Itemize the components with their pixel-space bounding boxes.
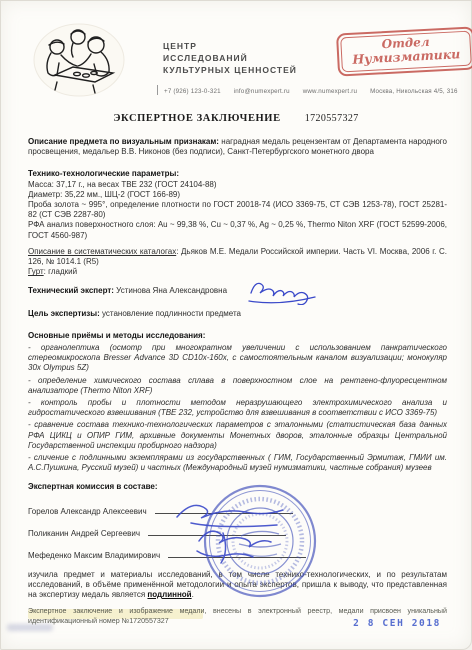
tech-param-xrf: РФА анализ поверхностного слоя: Au ~ 99,… [28, 220, 447, 240]
catalog-reference: Описание в систематических каталогах: Дь… [28, 247, 447, 267]
edge-label: Гурт [28, 267, 44, 276]
method-item: - контроль пробы и плотности методом нер… [28, 398, 447, 418]
technical-expert-name: Устинова Яна Александровна [114, 286, 227, 295]
title-row: ЭКСПЕРТНОЕ ЗАКЛЮЧЕНИЕ 1720557327 [1, 108, 471, 126]
date-stamp: 2 8 СЕН 2018 [353, 618, 441, 629]
commission-member-name: Поликанин Андрей Сергеевич [28, 529, 140, 538]
document-title: ЭКСПЕРТНОЕ ЗАКЛЮЧЕНИЕ [113, 113, 280, 124]
method-item: - сличение с подлинными экземплярами из … [28, 453, 447, 473]
technical-expert-line: Технический эксперт: Устинова Яна Алекса… [28, 286, 447, 296]
contact-bar: +7 (926) 123-0-321 info@numexpert.ru www… [164, 88, 469, 95]
technical-expert-label: Технический эксперт: [28, 286, 114, 295]
website-url: www.numexpert.ru [303, 88, 357, 95]
org-name-line: ЦЕНТР [163, 40, 297, 52]
commission-signatures-ink [139, 493, 349, 569]
org-name: ЦЕНТР ИССЛЕДОВАНИЙ КУЛЬТУРНЫХ ЦЕННОСТЕЙ [163, 40, 297, 76]
conclusion-verdict: подлинной [147, 590, 191, 599]
tech-params-label: Технико-технологические параметры: [28, 169, 447, 179]
document-number: 1720557327 [305, 113, 359, 124]
catalog-reference-label: Описание в систематических каталогах [28, 247, 176, 256]
org-name-line: ИССЛЕДОВАНИЙ [163, 52, 297, 64]
methods-label: Основные приёмы и методы исследования: [28, 331, 447, 341]
tech-param-diameter: Диаметр: 35,22 мм., ШЦ-2 (ГОСТ 166-89) [28, 190, 447, 200]
dept-stamp-line: Нумизматики [352, 47, 461, 67]
document-page: ЦЕНТР ИССЛЕДОВАНИЙ КУЛЬТУРНЫХ ЦЕННОСТЕЙ … [0, 0, 472, 650]
edge-description: Гурт: гладкий [28, 267, 447, 277]
purpose-text: установление подлинности предмета [100, 309, 241, 318]
edge-text: : гладкий [44, 267, 77, 276]
postal-address: Москва, Никольская 4/5, 316 [370, 88, 458, 95]
expert-signature-ink [247, 277, 321, 305]
tech-param-fineness: Проба золота ~ 995°, определение плотнос… [28, 200, 447, 220]
purpose-label: Цель экспертизы: [28, 309, 100, 318]
purpose-line: Цель экспертизы: установление подлинност… [28, 309, 447, 319]
method-item: - определение химического состава сплава… [28, 376, 447, 396]
visual-description: Описание предмета по визуальным признака… [28, 137, 447, 157]
header-divider [157, 85, 158, 95]
email-address: info@numexpert.ru [234, 88, 290, 95]
numismatics-dept-stamp: Отдел Нумизматики [336, 26, 472, 76]
method-item: - сравнение состава технико-технологичес… [28, 420, 447, 451]
visual-description-label: Описание предмета по визуальным признака… [28, 137, 219, 146]
numismatics-dept-stamp-text: Отдел Нумизматики [340, 31, 472, 73]
tech-param-mass: Масса: 37,17 г., на весах ТВЕ 232 (ГОСТ … [28, 180, 447, 190]
method-item: - органолептика (осмотр при многократном… [28, 343, 447, 374]
commission-member-name: Горелов Александр Алексеевич [28, 507, 147, 516]
org-name-line: КУЛЬТУРНЫХ ЦЕННОСТЕЙ [163, 64, 297, 76]
phone-number: +7 (926) 123-0-321 [164, 88, 221, 95]
org-logo-icon [31, 23, 127, 101]
